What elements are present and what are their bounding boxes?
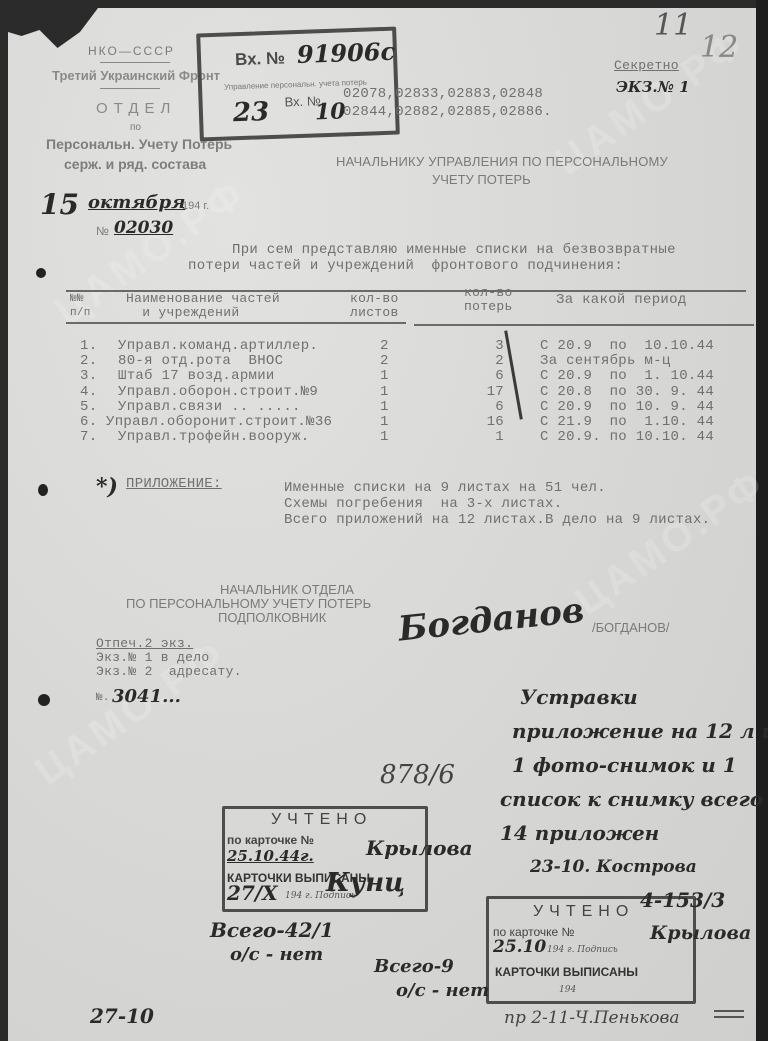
divider (100, 62, 170, 63)
page-mark-1: 11 (654, 8, 692, 43)
row-name: 80-я отд.рота ВНОС (118, 353, 283, 369)
stamp1-card: по карточке № (227, 833, 314, 847)
note-line-4: список к снимку всего (500, 782, 768, 816)
row-sheets: 2 (380, 353, 389, 369)
org-line-1: НКО—СССР (88, 44, 175, 58)
row-sheets: 1 (380, 384, 389, 400)
stamp1-date2: 27/Х (227, 881, 278, 905)
divider (100, 88, 160, 89)
double-rule (714, 1010, 744, 1012)
stamp1-title: УЧТЕНО (271, 811, 372, 829)
punch-hole (36, 268, 46, 278)
doc-number: 02030 (114, 218, 173, 238)
dept-po: по (130, 122, 141, 133)
row-name: Штаб 17 возд.армии (118, 368, 275, 384)
row-period: С 21.9 по 1.10. 44 (540, 414, 714, 430)
refs-line-2: 02844,02882,02885,02886. (343, 104, 552, 120)
refs-line-1: 02078,02833,02883,02848 (343, 86, 543, 102)
table-row: 6.Управл.оборонит.строит.№36116С 21.9 по… (0, 414, 768, 430)
date-day: 15 (40, 188, 79, 221)
total1-line-2: о/с - нет (230, 944, 323, 965)
punch-hole (38, 694, 50, 706)
incoming-stamp: Вх. № 91906с Управление персональн. учет… (196, 27, 400, 142)
stamp2-annotation: 4-153/3 (640, 888, 725, 912)
copies-line-2: Экз.№ 1 в дело (96, 650, 209, 665)
row-name: Управл.команд.артиллер. (118, 338, 318, 354)
org-line-2: Третий Украинский Фронт (52, 68, 220, 83)
row-losses: 3 (495, 338, 504, 354)
date-note: 27-10 (90, 1004, 154, 1028)
attachment-line-3: Всего приложений на 12 листах.В дело на … (284, 512, 710, 528)
copies-line-3: Экз.№ 2 адресату. (96, 664, 242, 679)
row-num: 5. (80, 399, 97, 415)
stamp1-signer2: Кунц (326, 868, 405, 898)
dept-title: ОТДЕЛ (96, 100, 176, 117)
row-num: 1. (80, 338, 97, 354)
row-sheets: 1 (380, 368, 389, 384)
addressee-line-2: УЧЕТУ ПОТЕРЬ (432, 172, 531, 187)
intro-line-2: потери частей и учреждений фронтового по… (188, 258, 623, 274)
table-row: 7.Управл.трофейн.вооруж.11С 20.9. по 10.… (0, 429, 768, 445)
row-sheets: 1 (380, 414, 389, 430)
row-period: С 20.9 по 10.10.44 (540, 338, 714, 354)
header-num: №№п/п (70, 292, 91, 320)
header-rule-right (414, 324, 754, 326)
note-line-6: 23-10. Кострова (530, 850, 768, 884)
double-rule (714, 1016, 744, 1018)
row-losses: 6 (495, 399, 504, 415)
date-year: 194 г. (182, 200, 209, 212)
attachment-line-2: Схемы погребения на 3-х листах. (284, 496, 562, 512)
accounted-stamp-2: УЧТЕНО по карточке № 25.10 194 г. Подпис… (486, 896, 696, 1004)
ref-number: 3041... (112, 686, 181, 707)
stamp-day: 23 (232, 97, 269, 128)
copies-line-1: Отпеч.2 экз. (96, 636, 193, 651)
stamp2-title: УЧТЕНО (533, 903, 634, 921)
header-num-2: п/п (70, 307, 91, 319)
attachment-line-1: Именные списки на 9 листах на 51 чел. (284, 480, 606, 496)
header-period: За какой период (556, 292, 687, 308)
total2-line-1: Всего-9 (374, 956, 454, 977)
note-line-3: 1 фото-снимок и 1 (512, 748, 768, 782)
header-losses: кол-вопотерь (464, 286, 513, 314)
row-name: Управл.оборонит.строит.№36 (106, 414, 332, 430)
row-period: С 20.9 по 1. 10.44 (540, 368, 714, 384)
header-sheets-1: кол-во (350, 291, 399, 306)
stamp-label: Вх. № (235, 48, 286, 70)
row-sheets: 1 (380, 399, 389, 415)
header-name-1: Наименование частей (126, 291, 280, 306)
row-losses: 17 (487, 384, 504, 400)
header-sheets-2: листов (350, 305, 399, 320)
footer-note: пр 2-11-Ч.Пенькова (504, 1008, 679, 1028)
secret-code: ЭКЗ.№ 1 (616, 78, 690, 96)
intro-line-1: При сем представляю именные списки на бе… (232, 242, 676, 258)
attachment-label: ПРИЛОЖЕНИЕ: (126, 476, 222, 492)
signer-name: /БОГДАНОВ/ (592, 620, 670, 635)
handwritten-note: Устравки приложение на 12 л и 1 фото-сни… (520, 680, 768, 884)
stamp2-year: 194 г. Подпись (547, 945, 618, 955)
secret-label: Секретно (614, 58, 679, 73)
page-mark-2: 12 (700, 30, 738, 65)
dept-line-2: серж. и ряд. состава (64, 156, 206, 172)
stamp1-signer: Крылова (366, 836, 473, 860)
row-name: Управл.оборон.строит.№9 (118, 384, 318, 400)
table-row: 2.80-я отд.рота ВНОС22За сентябрь м-ц (0, 353, 768, 369)
row-sheets: 2 (380, 338, 389, 354)
header-num-1: №№ (70, 293, 84, 305)
note-line-5: 14 приложен (500, 816, 768, 850)
total1-line-1: Всего-42/1 (210, 918, 334, 942)
punch-hole (38, 484, 48, 496)
row-period: С 20.9 по 10. 9. 44 (540, 399, 714, 415)
stamp2-date: 25.10 (493, 937, 546, 957)
row-name: Управл.связи .. ..... (118, 399, 301, 415)
header-name-2: и учреждений (142, 305, 239, 320)
row-sheets: 1 (380, 429, 389, 445)
row-losses: 2 (495, 353, 504, 369)
note-line-2: приложение на 12 л и (512, 714, 768, 748)
row-period: За сентябрь м-ц (540, 353, 671, 369)
header-name: Наименование частей и учреждений (126, 292, 280, 320)
row-num: 3. (80, 368, 97, 384)
stamp2-signer: Крылова (650, 922, 751, 944)
ref-prefix: №. (96, 692, 110, 704)
row-num: 7. (80, 429, 97, 445)
table-row: 4.Управл.оборон.строит.№9117С 20.8 по 30… (0, 384, 768, 400)
stamp2-year2: 194 (559, 985, 576, 995)
header-rule-left (66, 322, 406, 324)
torn-corner (8, 8, 98, 48)
sig-line-1: НАЧАЛЬНИК ОТДЕЛА (220, 582, 354, 597)
table-row: 1.Управл.команд.артиллер.23С 20.9 по 10.… (0, 338, 768, 354)
stamp1-date: 25.10.44г. (227, 847, 314, 865)
note-line-1: Устравки (520, 680, 768, 714)
sig-line-2: ПО ПЕРСОНАЛЬНОМУ УЧЕТУ ПОТЕРЬ (126, 596, 371, 611)
scan-edge (756, 0, 768, 1041)
header-losses-2: потерь (464, 299, 513, 314)
row-num: 2. (80, 353, 97, 369)
stamp2-cards: КАРТОЧКИ ВЫПИСАНЫ (495, 965, 638, 979)
header-losses-1: кол-во (464, 285, 513, 300)
date-month: октября (88, 192, 185, 213)
addressee-line-1: НАЧАЛЬНИКУ УПРАВЛЕНИЯ ПО ПЕРСОНАЛЬНОМУ (336, 154, 668, 169)
stamp-number: 91906с (296, 37, 395, 69)
row-period: С 20.9. по 10.10. 44 (540, 429, 714, 445)
row-num: 6. (80, 414, 97, 430)
total2-line-2: о/с - нет (396, 980, 489, 1001)
row-losses: 16 (487, 414, 504, 430)
row-name: Управл.трофейн.вооруж. (118, 429, 309, 445)
row-num: 4. (80, 384, 97, 400)
attachment-mark: *) (96, 474, 118, 500)
table-row: 3.Штаб 17 возд.армии16С 20.9 по 1. 10.44 (0, 368, 768, 384)
table-row: 5.Управл.связи .. .....16С 20.9 по 10. 9… (0, 399, 768, 415)
sig-line-3: ПОДПОЛКОВНИК (218, 610, 326, 625)
header-sheets: кол-волистов (350, 292, 399, 320)
row-losses: 1 (495, 429, 504, 445)
stamp-month: 10 (315, 98, 347, 125)
doc-number-prefix: № (96, 224, 109, 238)
stamp1-annotation: 878/6 (380, 760, 455, 790)
row-period: С 20.8 по 30. 9. 44 (540, 384, 714, 400)
row-losses: 6 (495, 368, 504, 384)
